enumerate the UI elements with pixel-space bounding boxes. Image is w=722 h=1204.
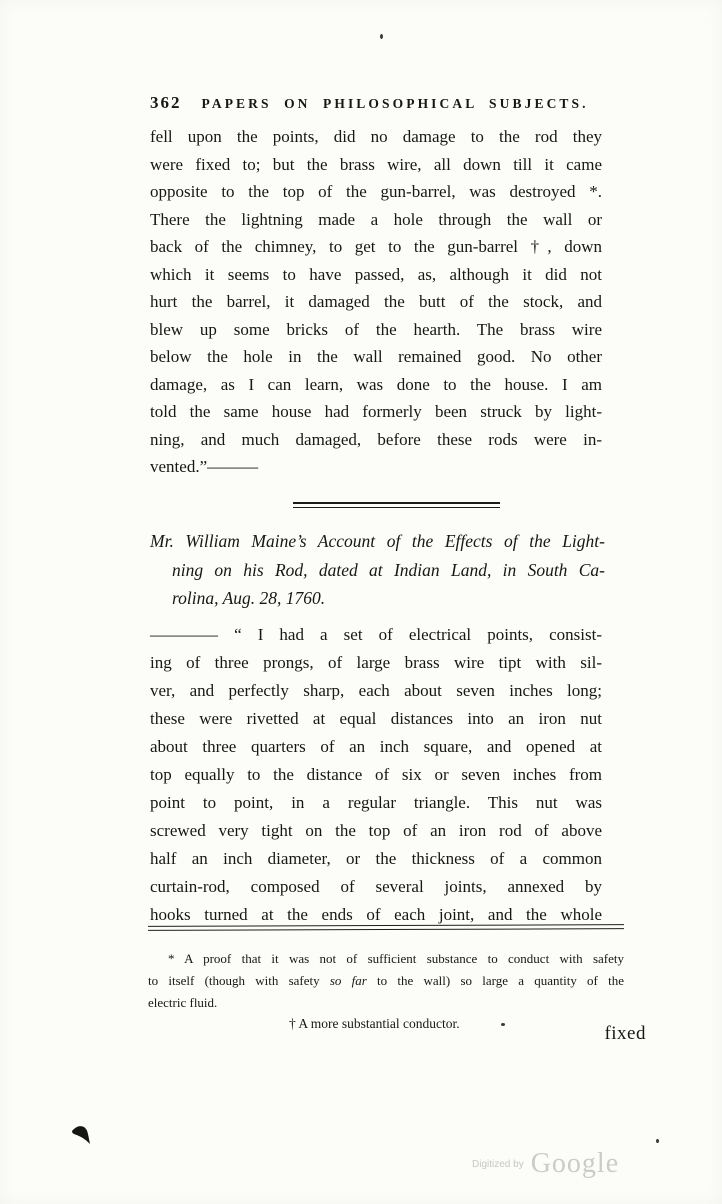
- google-logo: Google: [531, 1148, 619, 1180]
- text-line: opposite to the top of the gun-barrel, w…: [150, 178, 602, 206]
- text-line: screwed very tight on the top of an iron…: [150, 817, 602, 845]
- text-line: damage, as I can learn, was done to the …: [150, 371, 602, 399]
- ink-mark: [70, 1122, 98, 1150]
- text-line: fell upon the points, did no damage to t…: [150, 123, 602, 151]
- text-line: ———— “ I had a set of electrical points,…: [150, 621, 602, 649]
- section-heading: Mr. William Maine’s Account of the Effec…: [150, 527, 605, 613]
- text-line: vented.”———: [150, 453, 602, 481]
- section-divider-rule: [293, 502, 500, 508]
- footnote-text: to itself (though with safety: [148, 973, 330, 988]
- text-line: below the hole in the wall remained good…: [150, 343, 602, 371]
- text-line: ning, and much damaged, before these rod…: [150, 426, 602, 454]
- text-line: which it seems to have passed, as, altho…: [150, 261, 602, 289]
- ink-speck: [656, 1139, 659, 1143]
- text-line: curtain-rod, composed of several joints,…: [150, 873, 602, 901]
- text-line: ning on his Rod, dated at Indian Land, i…: [150, 556, 605, 585]
- running-title: PAPERS ON PHILOSOPHICAL SUBJECTS.: [202, 96, 603, 112]
- footnote-dagger: † A more substantial conductor.: [289, 1016, 460, 1032]
- text-line: hurt the barrel, it damaged the butt of …: [150, 288, 602, 316]
- text-line: were fixed to; but the brass wire, all d…: [150, 151, 602, 179]
- text-line: electric fluid.: [148, 992, 624, 1014]
- text-line: point to point, in a regular triangle. T…: [150, 789, 602, 817]
- text-line: * A proof that it was not of sufficient …: [148, 948, 624, 970]
- text-line: There the lightning made a hole through …: [150, 206, 602, 234]
- catchword: fixed: [604, 1023, 646, 1045]
- page-header: 362 PAPERS ON PHILOSOPHICAL SUBJECTS.: [150, 93, 602, 113]
- footnote-separator-rule: [148, 924, 624, 931]
- ink-speck: [380, 34, 383, 39]
- text-line: blew up some bricks of the hearth. The b…: [150, 316, 602, 344]
- text-line: top equally to the distance of six or se…: [150, 761, 602, 789]
- digitization-watermark: Digitized by Google: [472, 1148, 619, 1180]
- paragraph-continuation: fell upon the points, did no damage to t…: [150, 123, 602, 481]
- text-line: back of the chimney, to get to the gun-b…: [150, 233, 602, 261]
- text-line: ver, and perfectly sharp, each about sev…: [150, 677, 602, 705]
- text-line: ing of three prongs, of large brass wire…: [150, 649, 602, 677]
- footnote-text: to the wall) so large a quantity of the: [367, 973, 624, 988]
- footnote-text-italic: so far: [330, 973, 367, 988]
- watermark-prefix: Digitized by: [472, 1159, 524, 1170]
- text-line: told the same house had formerly been st…: [150, 398, 602, 426]
- text-line: these were rivetted at equal distances i…: [150, 705, 602, 733]
- text-line: about three quarters of an inch square, …: [150, 733, 602, 761]
- text-line: Mr. William Maine’s Account of the Effec…: [150, 527, 605, 556]
- ink-speck: [501, 1023, 505, 1026]
- paragraph-account-body: ———— “ I had a set of electrical points,…: [150, 621, 602, 929]
- scanned-book-page: 362 PAPERS ON PHILOSOPHICAL SUBJECTS. fe…: [0, 0, 722, 1204]
- text-line: rolina, Aug. 28, 1760.: [150, 584, 605, 613]
- text-line: half an inch diameter, or the thickness …: [150, 845, 602, 873]
- footnote-asterisk: * A proof that it was not of sufficient …: [148, 948, 624, 1014]
- page-number: 362: [150, 93, 182, 113]
- text-line: to itself (though with safety so far to …: [148, 970, 624, 992]
